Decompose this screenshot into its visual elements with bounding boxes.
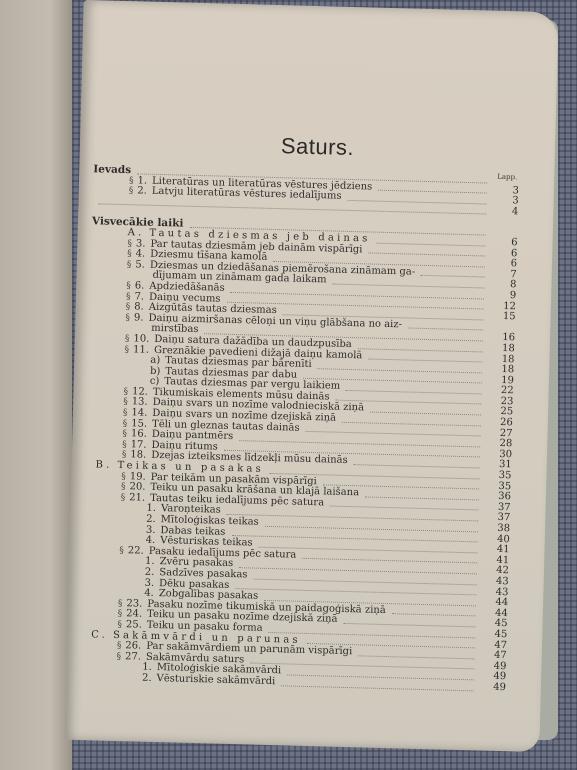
toc-entry-number: 1. [142,662,152,673]
toc-entry-text: 2.Vēsturiskie sakāmvārdi [142,674,276,688]
section-sign: § [121,472,126,482]
section-sign: § [127,249,132,259]
toc-entry-number: 22. [128,545,144,556]
toc-entry-number: 4. [144,588,154,599]
section-sign: § [126,292,131,302]
toc-entry-title: Vēsturiskie sakāmvārdi [156,673,275,687]
toc-entry-number: 2. [142,673,152,684]
toc-entry-number: 2. [145,567,155,578]
toc-entry-number: 3. [146,524,156,535]
toc-entry-number: 8. [134,301,144,312]
section-sign: § [122,451,127,461]
toc-entry-number: 6. [135,280,145,291]
toc-page-number: 4 [494,207,518,218]
toc-entry-number: 11. [133,344,149,355]
section-sign: § [123,398,128,408]
toc-entry-number: 4. [135,249,145,260]
toc-entry-number: 1. [146,503,156,514]
toc-page-number [491,322,515,323]
toc-entry-number: b) [150,365,161,376]
toc-entry-number: A. [128,227,145,238]
toc-page-number: 6 [493,238,517,249]
toc-entry-number: C. [91,629,108,640]
toc-entry-number: 20. [129,481,145,492]
toc-entry-number: 3. [136,238,146,249]
section-sign: § [129,176,134,186]
section-sign: § [117,641,122,651]
toc-page-number: 15 [491,312,515,323]
toc-entry-number: 1. [137,175,147,186]
section-sign: § [122,429,127,439]
previous-page-edge [0,0,72,770]
toc-entry-number: a) [150,355,160,366]
section-sign: § [121,482,126,492]
toc-entry-number: 10. [133,333,149,344]
toc-entry-number: c) [150,376,160,387]
section-sign: § [117,620,122,630]
section-sign: § [127,239,132,249]
toc-entry-number: 16. [131,429,147,440]
section-sign: § [118,609,123,619]
toc-entry-number: 2. [146,514,156,525]
section-sign: § [123,419,128,429]
section-sign: § [126,302,131,312]
section-sign: § [124,345,129,355]
section-sign: § [119,546,124,556]
toc-page-number [495,175,519,176]
toc-entry-number: 9. [134,312,144,323]
section-sign: § [118,599,123,609]
toc-entry-number: 7. [134,291,144,302]
section-sign: § [122,440,127,450]
section-sign: § [125,313,130,323]
section-sign: § [125,334,130,344]
toc-page-number [494,227,518,228]
toc-entry-number: 4. [145,535,155,546]
toc-entry-number: 5. [135,259,145,270]
toc-entry-number: B. [95,459,112,470]
section-sign: § [116,652,121,662]
page-title: Saturs. [80,128,556,166]
toc-entry-number: 26. [125,640,141,651]
toc-entry-number: 3. [144,577,154,588]
section-sign: § [127,260,132,270]
section-sign: § [126,281,131,291]
section-sign: § [121,493,126,503]
book-page: Saturs. Lapp. Ievads§1.Literatūras un li… [64,0,558,752]
section-sign: § [123,387,128,397]
table-of-contents: Lapp. Ievads§1.Literatūras un literatūra… [80,164,523,694]
section-sign: § [123,408,128,418]
toc-page-number: 49 [482,682,506,693]
toc-entry-number: 14. [131,407,147,418]
toc-entry-number: 1. [145,556,155,567]
toc-entry-number: 27. [125,651,141,662]
toc-entry-number: 21. [129,492,145,503]
toc-entry-number: 24. [126,609,142,620]
